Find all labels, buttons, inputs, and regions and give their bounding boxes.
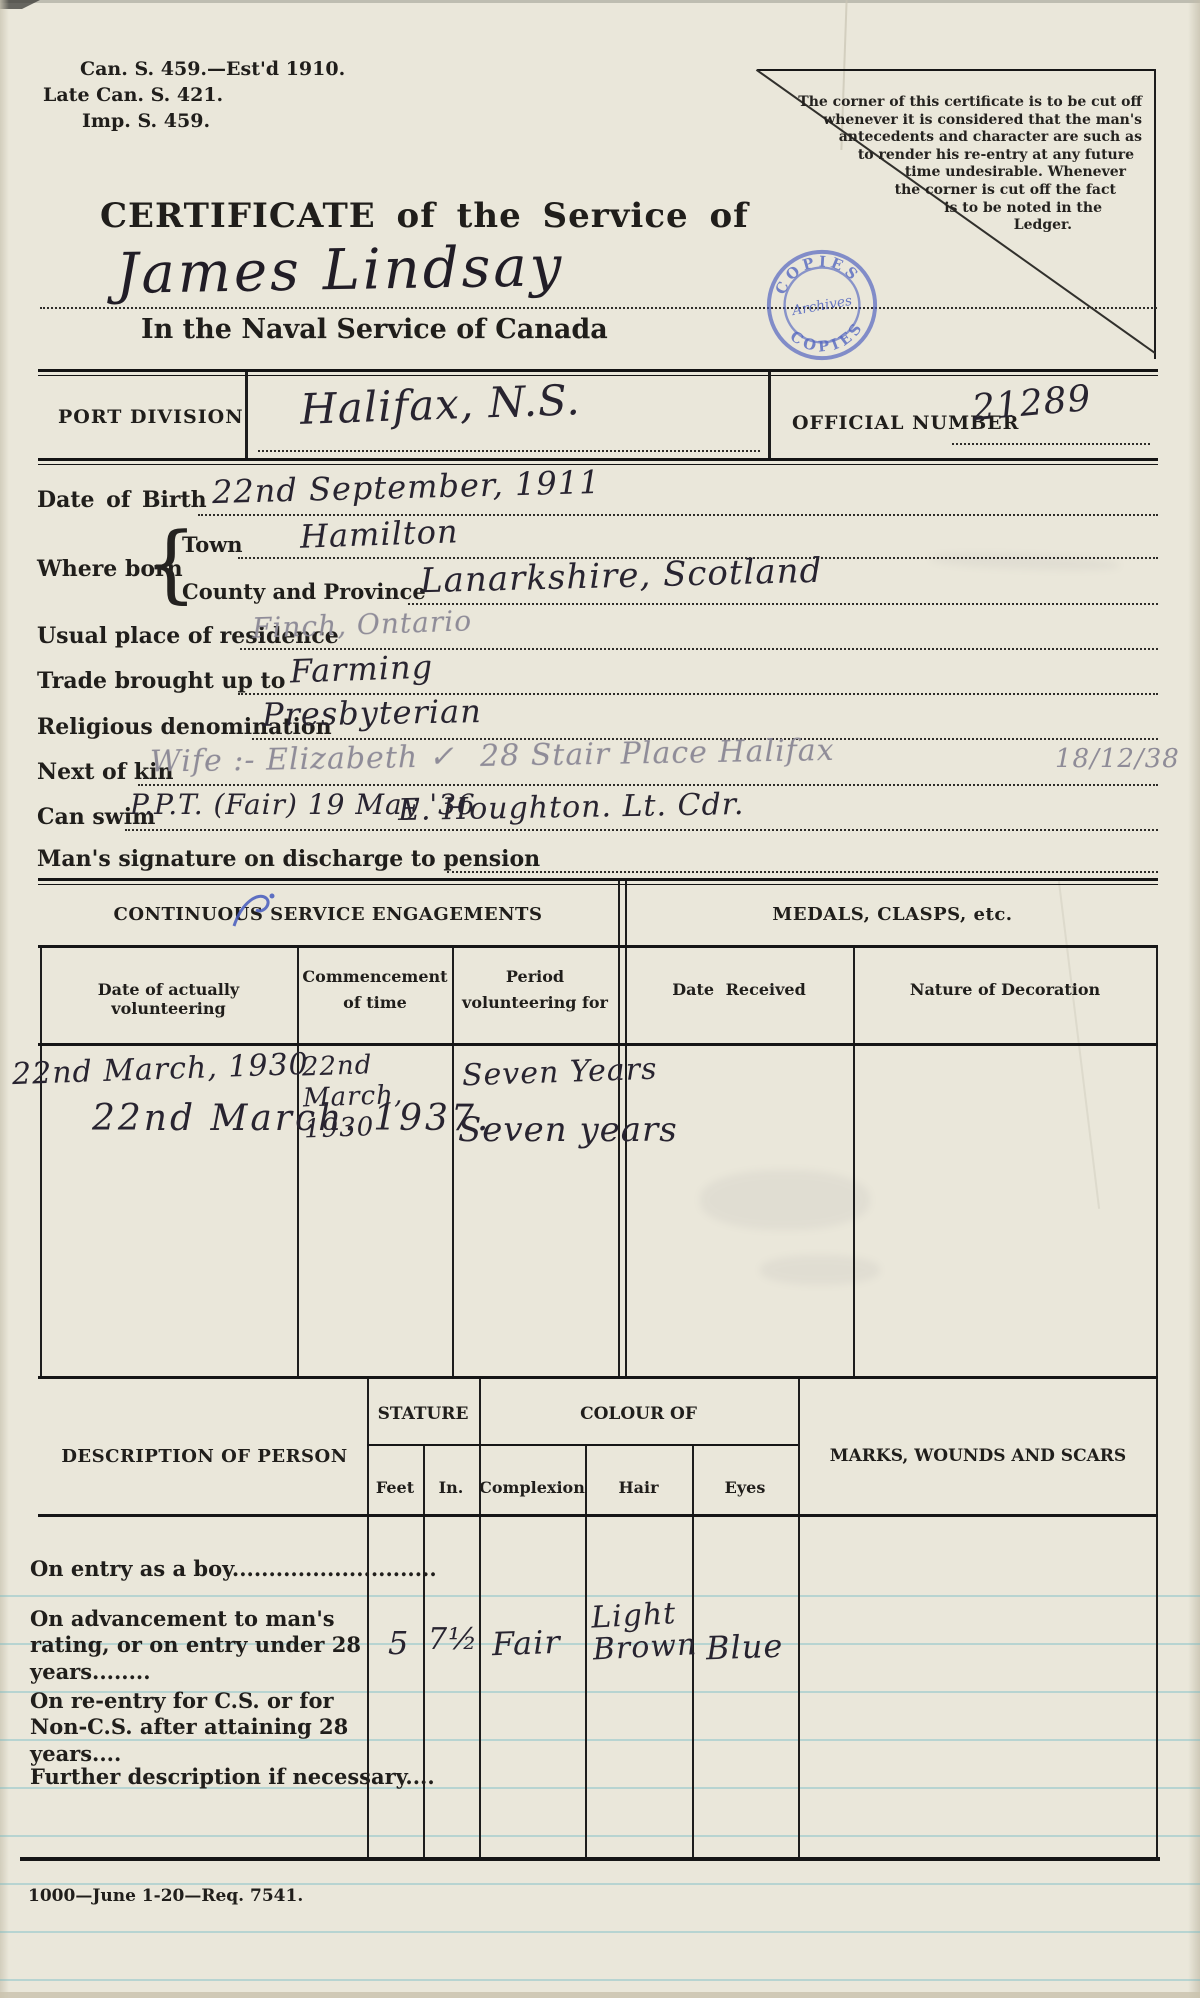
service-col-period: Period volunteering for [455, 964, 615, 1015]
ref-line-1: Can. S. 459.—Est'd 1910. [80, 58, 345, 80]
certificate-document: Can. S. 459.—Est'd 1910. Late Can. S. 42… [0, 0, 1200, 1998]
eyes-header: Eyes [692, 1478, 798, 1497]
next-of-kin-address: 28 Stair Place Halifax [480, 733, 835, 774]
date-of-birth-value: 22nd September, 1911 [212, 463, 601, 511]
desc-row-advancement-label: On advancement to man's rating, or on en… [30, 1606, 366, 1685]
stature-header: STATURE [367, 1404, 479, 1424]
column-line [479, 1379, 481, 1860]
column-line [245, 372, 248, 458]
town-value: Hamilton [299, 512, 459, 556]
inches-header: In. [423, 1478, 479, 1497]
serviceman-name-signature: James Lindsay [115, 234, 564, 307]
corner-note-line: Ledger. [770, 217, 1142, 235]
stamp-center-text: Archives [789, 293, 853, 320]
ref-line-3: Imp. S. 459. [82, 110, 210, 132]
colour-of-header: COLOUR OF [479, 1404, 798, 1424]
page-edge-bottom [0, 1992, 1200, 1998]
page-edge-top [0, 0, 1200, 3]
dotted-line [952, 440, 1150, 445]
column-line [585, 1446, 587, 1860]
religion-value: Presbyterian [262, 692, 482, 734]
corner-note-line: antecedents and character are such as [770, 129, 1142, 147]
service-row1-volunteered: 22nd March, 1930 [11, 1047, 309, 1092]
marks-header: MARKS, WOUNDS AND SCARS [800, 1446, 1156, 1466]
archives-copies-stamp: COPIES COPIES Archives [754, 237, 891, 374]
service-row2-volunteered: 22nd March. 1937. [92, 1098, 491, 1139]
column-line [297, 948, 299, 1376]
column-line [853, 948, 855, 1376]
county-label: County and Province [182, 579, 426, 604]
dotted-line [447, 868, 1158, 873]
medals-col-nature: Nature of Decoration [856, 980, 1154, 999]
rule [38, 1514, 1158, 1517]
next-of-kin-value: Wife :- Elizabeth ✓ [150, 739, 455, 779]
table-right-border [1156, 1379, 1158, 1860]
corner-right-line [1154, 69, 1156, 359]
stamp-arc-bottom-text: COPIES [785, 316, 872, 362]
official-number-value: 21289 [970, 378, 1093, 429]
can-swim-certifier: E. Houghton. Lt. Cdr. [398, 787, 745, 828]
certificate-title: CERTIFICATE of the Service of [100, 196, 749, 236]
column-line [768, 372, 771, 458]
complexion-value: Fair [491, 1623, 561, 1663]
rule [367, 1444, 798, 1446]
rule [38, 1043, 1158, 1046]
hair-header: Hair [585, 1478, 692, 1497]
corner-note-line: to render his re-entry at any future [770, 147, 1142, 165]
dotted-line [138, 781, 1158, 786]
eyes-value: Blue [705, 1627, 784, 1668]
service-row1-period: Seven Years [461, 1052, 658, 1094]
corner-note-line: is to be noted in the [770, 200, 1142, 218]
rule [38, 369, 1158, 376]
ink-bleed-through [760, 1255, 880, 1285]
trade-value: Farming [289, 648, 433, 691]
complexion-header: Complexion [479, 1478, 585, 1497]
desc-row-reentry-label: On re-entry for C.S. or for Non-C.S. aft… [30, 1688, 375, 1767]
name-dotted-line [40, 304, 1157, 309]
hair-value: Light Brown [590, 1597, 691, 1665]
dotted-line [408, 600, 1158, 605]
ink-bleed-through [700, 1170, 870, 1230]
column-line [423, 1446, 425, 1860]
rule [38, 1376, 1158, 1379]
ref-line-2: Late Can. S. 421. [43, 84, 223, 106]
column-line [452, 948, 454, 1376]
desc-row-boy-label: On entry as a boy.......................… [30, 1556, 437, 1581]
bottom-rule [20, 1857, 1160, 1861]
description-title: DESCRIPTION OF PERSON [42, 1446, 367, 1467]
ink-scribble [228, 888, 288, 932]
service-col-commencement: Commencement of time [300, 964, 450, 1015]
dotted-line [258, 447, 760, 452]
corner-note: The corner of this certificate is to be … [770, 94, 1142, 235]
date-of-birth-label: Date of Birth [37, 487, 207, 513]
medals-section-title: MEDALS, CLASPS, etc. [627, 904, 1158, 925]
page-edge-right [1188, 0, 1200, 1998]
stature-inches-value: 7½ [428, 1622, 478, 1657]
certificate-subtitle: In the Naval Service of Canada [141, 314, 608, 345]
desc-row-further-label: Further description if necessary.... [30, 1764, 435, 1789]
dotted-line [198, 511, 1158, 516]
rule [38, 878, 1158, 885]
medals-col-date-received: Date Received [627, 980, 851, 999]
dotted-line [125, 826, 1158, 831]
port-division-value: Halifax, N.S. [299, 375, 581, 434]
service-row2-period: Seven years [458, 1110, 678, 1150]
corner-top-line [757, 69, 1156, 71]
service-col-volunteering: Date of actually volunteering [42, 980, 295, 1018]
corner-note-line: The corner of this certificate is to be … [770, 94, 1142, 112]
page-edge-left [0, 0, 9, 1998]
feet-header: Feet [367, 1478, 423, 1497]
rule [38, 945, 1158, 948]
stature-feet-value: 5 [388, 1624, 409, 1662]
residence-value: Finch, Ontario [251, 604, 472, 645]
next-of-kin-date: 18/12/38 [1055, 744, 1180, 774]
corner-note-line: time undesirable. Whenever [770, 164, 1142, 182]
port-division-label: PORT DIVISION [58, 406, 244, 428]
svg-text:COPIES: COPIES [785, 316, 872, 362]
table-right-border [1156, 948, 1158, 1376]
corner-note-line: whenever it is considered that the man's [770, 112, 1142, 130]
town-label: Town [182, 532, 243, 557]
corner-note-line: the corner is cut off the fact [770, 182, 1142, 200]
service-section-title: CONTINUOUS SERVICE ENGAGEMENTS [38, 904, 618, 925]
print-imprint: 1000—June 1-20—Req. 7541. [28, 1886, 303, 1906]
